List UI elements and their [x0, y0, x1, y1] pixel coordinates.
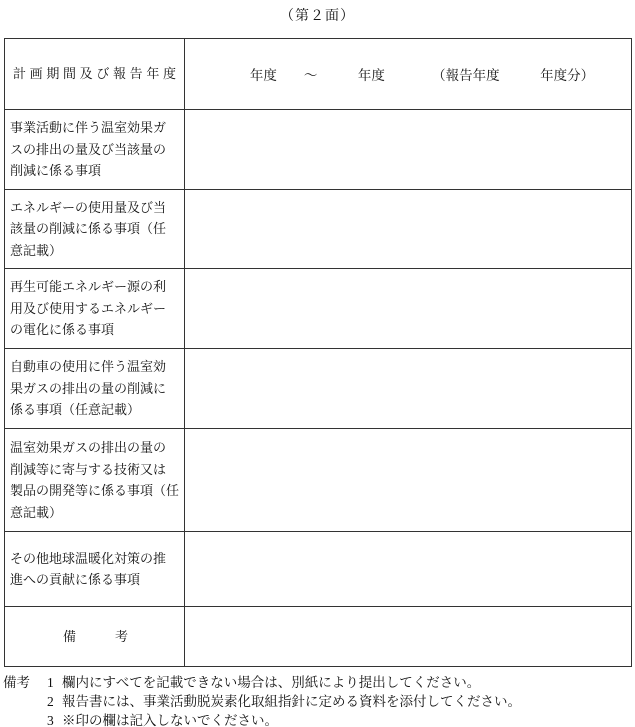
row-value-renewable-energy: [185, 269, 632, 349]
row-value-energy-use: [185, 190, 632, 269]
table-row-renewable-energy: 再生可能エネルギー源の利 用及び使用するエネルギー の電化に係る事項: [5, 269, 632, 349]
footer-notes: 備考 1 欄内にすべてを記載できない場合は、別紙により提出してください。 2 報…: [3, 673, 635, 727]
note-number: 2: [47, 692, 62, 711]
row-value-plan-period: 年度 ～ 年度 （報告年度 年度分）: [185, 39, 632, 110]
table-row-other-contribution: その他地球温暖化対策の推 進への貢献に係る事項: [5, 532, 632, 607]
row-label-tech-development: 温室効果ガスの排出の量の 削減等に寄与する技術又は 製品の開発等に係る事項（任 …: [5, 429, 185, 532]
notes-label: 備考: [3, 673, 47, 692]
row-label-renewable-energy: 再生可能エネルギー源の利 用及び使用するエネルギー の電化に係る事項: [5, 269, 185, 349]
table-row-vehicle-use: 自動車の使用に伴う温室効 果ガスの排出の量の削減に 係る事項（任意記載）: [5, 349, 632, 429]
note-item-1: 備考 1 欄内にすべてを記載できない場合は、別紙により提出してください。: [3, 673, 635, 692]
row-value-ghg-emissions: [185, 110, 632, 190]
note-number: 3: [47, 711, 62, 727]
row-label-energy-use: エネルギーの使用量及び当 該量の削減に係る事項（任 意記載）: [5, 190, 185, 269]
note-text: ※印の欄は記入しないでください。: [62, 711, 635, 727]
row-value-other-contribution: [185, 532, 632, 607]
form-page: （第２面） 計画期間及び報告年度 年度 ～ 年度 （報告年度 年度分） 事業活動…: [0, 0, 635, 727]
table-row-tech-development: 温室効果ガスの排出の量の 削減等に寄与する技術又は 製品の開発等に係る事項（任 …: [5, 429, 632, 532]
row-label-other-contribution: その他地球温暖化対策の推 進への貢献に係る事項: [5, 532, 185, 607]
page-title: （第２面）: [0, 0, 635, 25]
note-number: 1: [47, 673, 62, 692]
table-row-energy-use: エネルギーの使用量及び当 該量の削減に係る事項（任 意記載）: [5, 190, 632, 269]
row-label-remarks: 備 考: [5, 607, 185, 667]
row-value-tech-development: [185, 429, 632, 532]
note-item-2: 2 報告書には、事業活動脱炭素化取組指針に定める資料を添付してください。: [3, 692, 635, 711]
table-row-ghg-emissions: 事業活動に伴う温室効果ガ スの排出の量及び当該量の 削減に係る事項: [5, 110, 632, 190]
note-text: 欄内にすべてを記載できない場合は、別紙により提出してください。: [62, 673, 635, 692]
row-label-ghg-emissions: 事業活動に伴う温室効果ガ スの排出の量及び当該量の 削減に係る事項: [5, 110, 185, 190]
report-form-table: 計画期間及び報告年度 年度 ～ 年度 （報告年度 年度分） 事業活動に伴う温室効…: [4, 38, 632, 667]
table-row-remarks: 備 考: [5, 607, 632, 667]
row-label-vehicle-use: 自動車の使用に伴う温室効 果ガスの排出の量の削減に 係る事項（任意記載）: [5, 349, 185, 429]
row-value-remarks: [185, 607, 632, 667]
note-item-3: 3 ※印の欄は記入しないでください。: [3, 711, 635, 727]
table-row-plan-period: 計画期間及び報告年度 年度 ～ 年度 （報告年度 年度分）: [5, 39, 632, 110]
row-label-plan-period: 計画期間及び報告年度: [5, 39, 185, 110]
note-text: 報告書には、事業活動脱炭素化取組指針に定める資料を添付してください。: [62, 692, 635, 711]
row-value-vehicle-use: [185, 349, 632, 429]
